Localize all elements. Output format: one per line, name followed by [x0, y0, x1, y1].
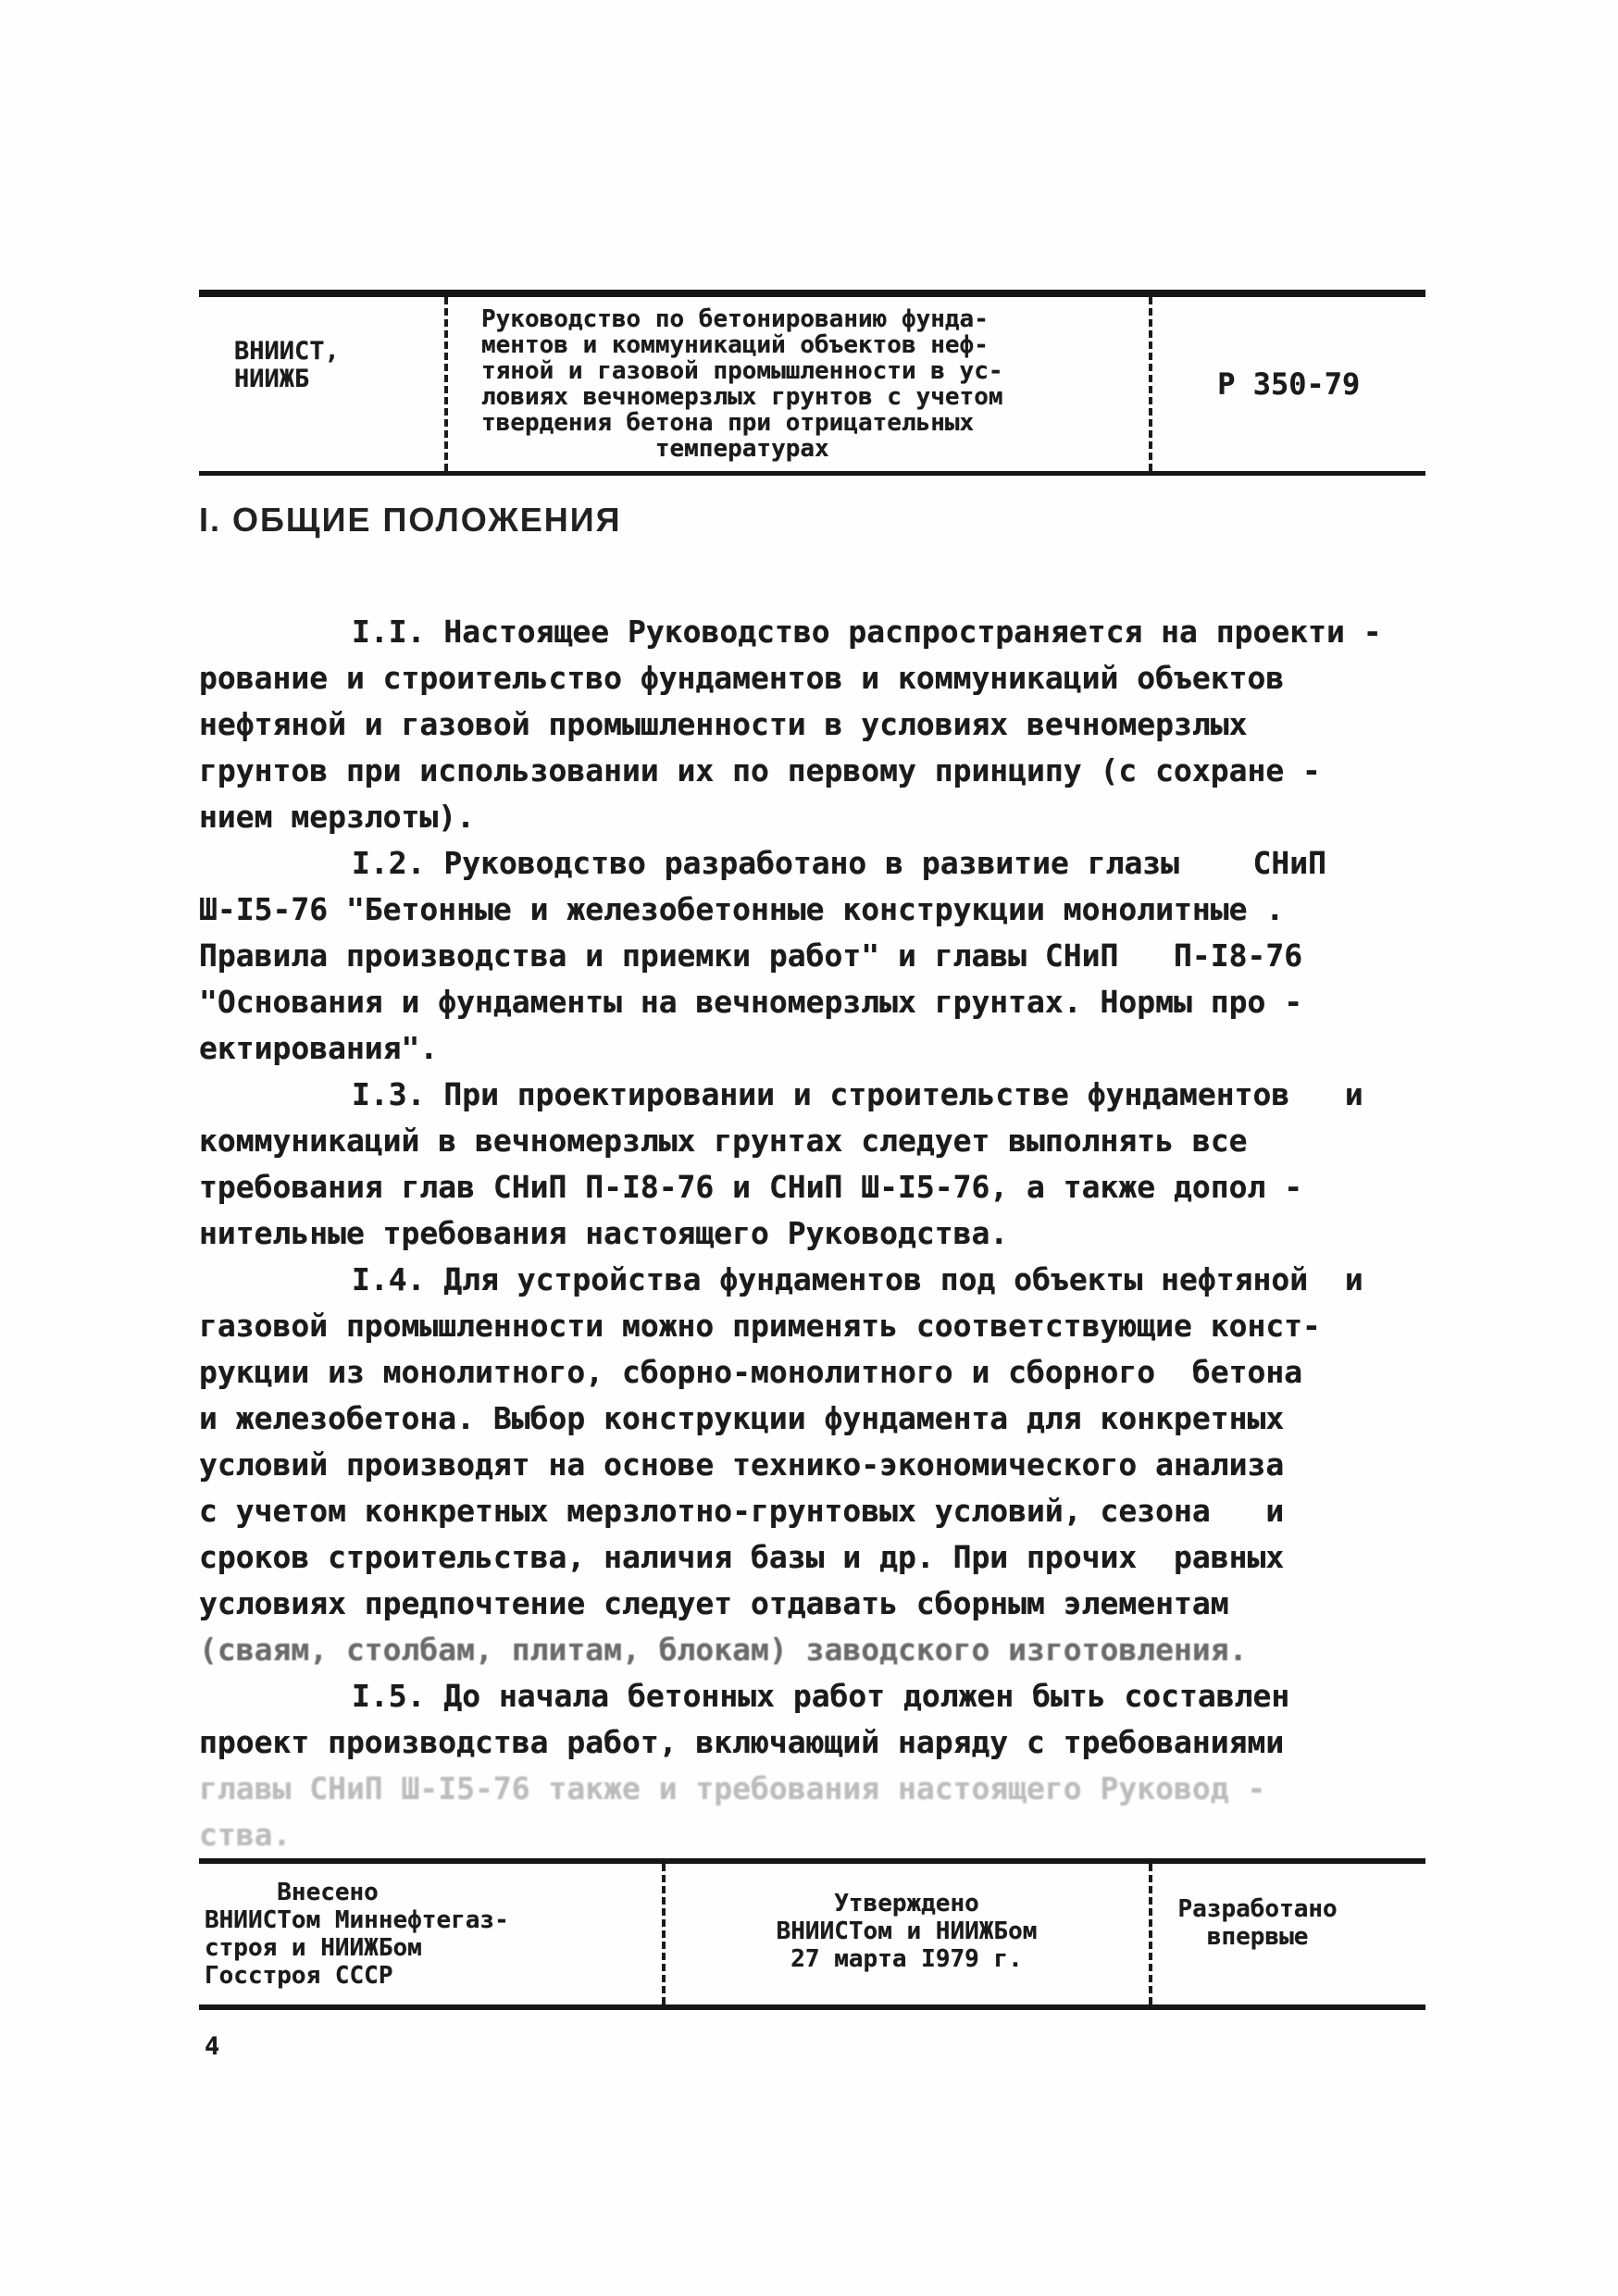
paragraph: I.5. До начала бетонных работ должен быт… — [199, 1673, 1425, 1858]
paragraph: I.I. Настоящее Руководство распространяе… — [199, 609, 1425, 840]
body-paragraphs: I.I. Настоящее Руководство распространяе… — [199, 609, 1425, 1858]
body-line: газовой промышленности можно применять с… — [199, 1303, 1425, 1349]
body-line: условиях предпочтение следует отдавать с… — [199, 1581, 1425, 1627]
body-line: проект производства работ, включающий на… — [199, 1719, 1425, 1766]
body-line: главы СНиП Ш-I5-76 также и требования на… — [199, 1766, 1425, 1812]
body-line: рукции из монолитного, сборно-монолитног… — [199, 1349, 1425, 1396]
section-heading: I. ОБЩИЕ ПОЛОЖЕНИЯ — [199, 500, 1425, 540]
footer-cell-submitted: Внесено ВНИИСТом Миннефтегаз- строя и НИ… — [199, 1864, 662, 2004]
body-line: и железобетона. Выбор конструкции фундам… — [199, 1396, 1425, 1442]
body-line: (сваям, столбам, плитам, блокам) заводск… — [199, 1627, 1425, 1673]
page-content: ВНИИСТ, НИИЖБ Руководство по бетонирован… — [199, 0, 1425, 2061]
body-line: нием мерзлоты). — [199, 794, 1425, 840]
body-line: ства. — [199, 1812, 1425, 1858]
paragraph: I.3. При проектировании и строительстве … — [199, 1072, 1425, 1257]
footer-table: Внесено ВНИИСТом Миннефтегаз- строя и НИ… — [199, 1858, 1425, 2010]
footer-cell-developed: Разработано впервые — [1152, 1864, 1425, 2004]
body-line: нительные требования настоящего Руководс… — [199, 1210, 1425, 1257]
body-line: требования глав СНиП П-I8-76 и СНиП Ш-I5… — [199, 1164, 1425, 1210]
body-line: I.5. До начала бетонных работ должен быт… — [199, 1673, 1425, 1719]
body-line: I.I. Настоящее Руководство распространяе… — [199, 609, 1425, 655]
body-line: рование и строительство фундаментов и ко… — [199, 655, 1425, 701]
body-line: с учетом конкретных мерзлотно-грунтовых … — [199, 1488, 1425, 1534]
body-line: ектирования". — [199, 1025, 1425, 1072]
body-line: нефтяной и газовой промышленности в усло… — [199, 701, 1425, 748]
paragraph: I.2. Руководство разработано в развитие … — [199, 840, 1425, 1072]
body-line: Правила производства и приемки работ" и … — [199, 933, 1425, 979]
header-organization: ВНИИСТ, НИИЖБ — [199, 297, 444, 471]
header-doc-number: Р 350-79 — [1152, 297, 1425, 471]
body-line: сроков строительства, наличия базы и др.… — [199, 1534, 1425, 1581]
paragraph: I.4. Для устройства фундаментов под объе… — [199, 1257, 1425, 1673]
page-number: 4 — [199, 2032, 1425, 2061]
body-line: коммуникаций в вечномерзлых грунтах след… — [199, 1118, 1425, 1164]
header-document-title: Руководство по бетонированию фунда- мент… — [444, 297, 1152, 471]
body-line: "Основания и фундаменты на вечномерзлых … — [199, 979, 1425, 1025]
body-line: I.3. При проектировании и строительстве … — [199, 1072, 1425, 1118]
body-line: I.4. Для устройства фундаментов под объе… — [199, 1257, 1425, 1303]
body-line: грунтов при использовании их по первому … — [199, 748, 1425, 794]
scanned-document-page: ВНИИСТ, НИИЖБ Руководство по бетонирован… — [0, 0, 1618, 2296]
header-table: ВНИИСТ, НИИЖБ Руководство по бетонирован… — [199, 290, 1425, 476]
body-line: I.2. Руководство разработано в развитие … — [199, 840, 1425, 887]
footer-cell-approved: Утверждено ВНИИСТом и НИИЖБом 27 марта I… — [662, 1864, 1152, 2004]
body-line: условий производят на основе технико-эко… — [199, 1442, 1425, 1488]
body-line: Ш-I5-76 "Бетонные и железобетонные конст… — [199, 887, 1425, 933]
